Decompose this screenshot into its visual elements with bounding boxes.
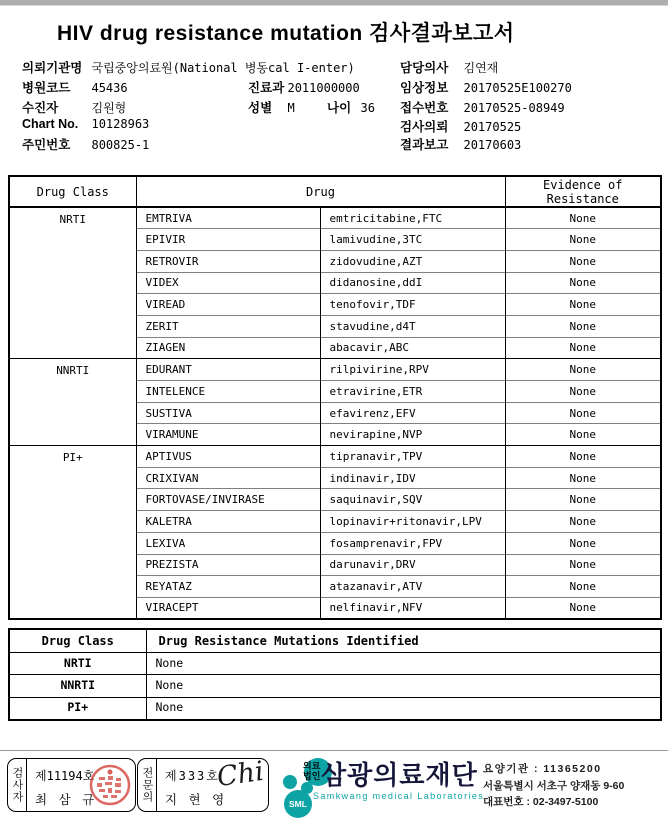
drug-brand-cell: VIRAMUNE	[136, 424, 320, 446]
field-label: 임상정보	[400, 78, 460, 96]
examiner-cert-no: 제11194호	[35, 767, 94, 784]
table-row: NRTI None	[9, 652, 661, 675]
examiner-stamp-icon	[88, 763, 132, 807]
field-label: 접수번호	[400, 98, 460, 116]
lab-name-korean: 삼광의료재단	[321, 755, 478, 792]
evidence-cell: None	[505, 272, 661, 294]
specialist-handwritten-signature: Chi	[215, 756, 266, 793]
field-value: 20170525	[463, 120, 521, 134]
field-report-date: 결과보고 20170603	[400, 135, 521, 153]
drug-brand-cell: VIREAD	[136, 294, 320, 316]
drug-generic-cell: atazanavir,ATV	[320, 576, 505, 598]
field-value: M	[287, 101, 294, 115]
drug-brand-cell: EMTRIVA	[136, 207, 320, 229]
resistance-table-header-row: Drug Class Drug Evidence of Resistance	[9, 176, 661, 207]
field-doctor: 담당의사 김연재	[400, 58, 498, 76]
drug-brand-cell: PREZISTA	[136, 554, 320, 576]
resistance-table: Drug Class Drug Evidence of Resistance N…	[8, 175, 662, 620]
drug-generic-cell: lamivudine,3TC	[320, 229, 505, 251]
field-value: 김원형	[91, 101, 126, 115]
drug-brand-cell: ZERIT	[136, 315, 320, 337]
drug-generic-cell: zidovudine,AZT	[320, 250, 505, 272]
examiner-signature-box: 검사자 제11194호 최 삼 규	[7, 758, 136, 812]
mutations-table-header-row: Drug Class Drug Resistance Mutations Ide…	[9, 629, 661, 652]
field-value: 800825-1	[91, 138, 149, 152]
drug-generic-cell: nevirapine,NVP	[320, 424, 505, 446]
field-value: 2011000000	[287, 81, 359, 95]
field-value: 20170525E100270	[463, 81, 571, 95]
table-row: NRTI EMTRIVA emtricitabine,FTC None	[9, 207, 661, 229]
evidence-cell: None	[505, 381, 661, 403]
field-label: 병원코드	[22, 78, 88, 96]
drug-generic-cell: saquinavir,SQV	[320, 489, 505, 511]
report-page: HIV drug resistance mutation 검사결과보고서 의뢰기…	[0, 0, 668, 827]
evidence-cell: None	[505, 359, 661, 381]
lab-org-type: 의료 법인	[303, 761, 320, 781]
lab-address: 서울특별시 서초구 양재동 9-60	[483, 778, 624, 793]
drug-class-cell: PI+	[9, 446, 136, 620]
field-age: 나이 36	[327, 98, 375, 116]
drug-brand-cell: CRIXIVAN	[136, 467, 320, 489]
drug-brand-cell: KALETRA	[136, 511, 320, 533]
drug-generic-cell: didanosine,ddI	[320, 272, 505, 294]
table-row: PI+ APTIVUS tipranavir,TPV None	[9, 446, 661, 468]
table-row: PI+ None	[9, 697, 661, 720]
field-institution: 의뢰기관명 국립중앙의료원(National 병동cal I-enter)	[22, 58, 355, 76]
evidence-cell: None	[505, 315, 661, 337]
drug-class-cell: PI+	[9, 697, 146, 720]
drug-generic-cell: etravirine,ETR	[320, 381, 505, 403]
report-title: HIV drug resistance mutation 검사결과보고서	[0, 17, 668, 47]
drug-brand-cell: INTELENCE	[136, 381, 320, 403]
top-bar	[0, 0, 668, 6]
col-header-mutations: Drug Resistance Mutations Identified	[146, 629, 661, 652]
evidence-cell: None	[505, 489, 661, 511]
drug-generic-cell: indinavir,IDV	[320, 467, 505, 489]
drug-class-cell: NRTI	[9, 207, 136, 359]
specialist-signature-box: 전문의 제333호 지 현 영 Chi	[137, 758, 269, 812]
mutations-cell: None	[146, 697, 661, 720]
evidence-cell: None	[505, 467, 661, 489]
specialist-role-label: 전문의	[138, 759, 157, 811]
field-label: 나이	[327, 98, 357, 116]
table-row: NNRTI EDURANT rilpivirine,RPV None	[9, 359, 661, 381]
specialist-cert-no: 제333호	[165, 767, 220, 784]
drug-brand-cell: LEXIVA	[136, 532, 320, 554]
drug-brand-cell: APTIVUS	[136, 446, 320, 468]
drug-brand-cell: EDURANT	[136, 359, 320, 381]
drug-generic-cell: rilpivirine,RPV	[320, 359, 505, 381]
field-label: 성별	[248, 98, 284, 116]
evidence-cell: None	[505, 597, 661, 619]
field-sex: 성별 M	[248, 98, 295, 116]
field-value: 국립중앙의료원(National 병동cal I-enter)	[91, 61, 354, 75]
field-chart-no: Chart No. 10128963	[22, 117, 149, 131]
evidence-cell: None	[505, 446, 661, 468]
field-label: Chart No.	[22, 117, 88, 131]
footer-divider	[0, 750, 668, 751]
mutations-cell: None	[146, 652, 661, 675]
col-header-drug-class: Drug Class	[9, 629, 146, 652]
evidence-cell: None	[505, 229, 661, 251]
drug-generic-cell: fosamprenavir,FPV	[320, 532, 505, 554]
drug-brand-cell: VIDEX	[136, 272, 320, 294]
drug-brand-cell: SUSTIVA	[136, 402, 320, 424]
evidence-cell: None	[505, 554, 661, 576]
field-label: 검사의뢰	[400, 117, 460, 135]
table-row: NNRTI None	[9, 675, 661, 698]
drug-generic-cell: tenofovir,TDF	[320, 294, 505, 316]
field-value: 45436	[91, 81, 127, 95]
evidence-cell: None	[505, 532, 661, 554]
col-header-drug: Drug	[136, 176, 505, 207]
drug-generic-cell: efavirenz,EFV	[320, 402, 505, 424]
drug-brand-cell: REYATAZ	[136, 576, 320, 598]
evidence-cell: None	[505, 337, 661, 359]
drug-brand-cell: EPIVIR	[136, 229, 320, 251]
drug-generic-cell: stavudine,d4T	[320, 315, 505, 337]
field-label: 의뢰기관명	[22, 58, 88, 76]
evidence-cell: None	[505, 424, 661, 446]
drug-brand-cell: FORTOVASE/INVIRASE	[136, 489, 320, 511]
drug-class-cell: NNRTI	[9, 675, 146, 698]
field-label: 담당의사	[400, 58, 460, 76]
drug-brand-cell: ZIAGEN	[136, 337, 320, 359]
field-clinical-info: 임상정보 20170525E100270	[400, 78, 572, 96]
drug-generic-cell: lopinavir+ritonavir,LPV	[320, 511, 505, 533]
field-label: 수진자	[22, 98, 88, 116]
field-accession-no: 접수번호 20170525-08949	[400, 98, 565, 116]
evidence-cell: None	[505, 402, 661, 424]
lab-care-org-number: 요양기관 : 11365200	[483, 761, 602, 776]
field-patient-name: 수진자 김원형	[22, 98, 126, 116]
field-value: 20170603	[463, 138, 521, 152]
evidence-cell: None	[505, 576, 661, 598]
evidence-cell: None	[505, 294, 661, 316]
field-label: 결과보고	[400, 135, 460, 153]
col-header-drug-class: Drug Class	[9, 176, 136, 207]
lab-name-english: Samkwang medical Laboratories	[313, 791, 484, 801]
field-value: 김연재	[463, 61, 498, 75]
mutations-cell: None	[146, 675, 661, 698]
field-resident-no: 주민번호 800825-1	[22, 135, 149, 153]
drug-class-cell: NRTI	[9, 652, 146, 675]
drug-generic-cell: abacavir,ABC	[320, 337, 505, 359]
drug-generic-cell: tipranavir,TPV	[320, 446, 505, 468]
evidence-cell: None	[505, 511, 661, 533]
field-label: 진료과	[248, 78, 284, 96]
drug-brand-cell: RETROVIR	[136, 250, 320, 272]
field-order-date: 검사의뢰 20170525	[400, 117, 521, 135]
field-value: 10128963	[91, 117, 149, 131]
mutations-table: Drug Class Drug Resistance Mutations Ide…	[8, 628, 662, 721]
drug-brand-cell: VIRACEPT	[136, 597, 320, 619]
drug-class-cell: NNRTI	[9, 359, 136, 446]
svg-text:SML: SML	[289, 799, 307, 809]
field-value: 36	[360, 101, 374, 115]
col-header-evidence: Evidence of Resistance	[505, 176, 661, 207]
lab-phone: 대표번호 : 02-3497-5100	[483, 794, 598, 809]
evidence-cell: None	[505, 250, 661, 272]
examiner-role-label: 검사자	[8, 759, 27, 811]
drug-generic-cell: nelfinavir,NFV	[320, 597, 505, 619]
field-department: 진료과 2011000000	[248, 78, 360, 96]
field-hospital-code: 병원코드 45436	[22, 78, 128, 96]
evidence-cell: None	[505, 207, 661, 229]
drug-generic-cell: emtricitabine,FTC	[320, 207, 505, 229]
field-label: 주민번호	[22, 135, 88, 153]
drug-generic-cell: darunavir,DRV	[320, 554, 505, 576]
field-value: 20170525-08949	[463, 101, 564, 115]
